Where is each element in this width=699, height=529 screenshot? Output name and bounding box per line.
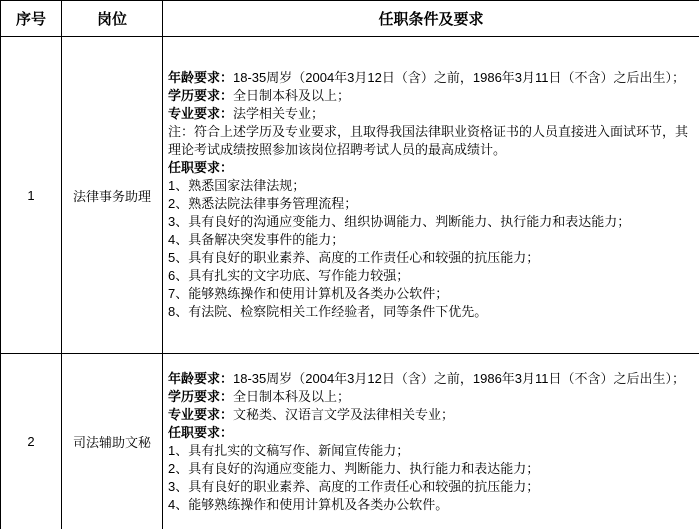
requirement-text: 文秘类、汉语言文学及法律相关专业； <box>233 407 454 422</box>
requirement-line: 注：符合上述学历及专业要求，且取得我国法律职业资格证书的人员直接进入面试环节，其… <box>168 123 691 159</box>
position-name: 法律事务助理 <box>62 37 163 354</box>
requirement-label: 学历要求： <box>168 88 233 103</box>
requirement-text: 6、具有扎实的文字功底、写作能力较强； <box>168 268 409 283</box>
requirement-label: 专业要求： <box>168 407 233 422</box>
requirement-label: 年龄要求： <box>168 70 233 85</box>
requirement-line: 3、具有良好的职业素养、高度的工作责任心和较强的抗压能力； <box>168 478 691 496</box>
requirement-label: 任职要求： <box>168 160 233 175</box>
requirement-text: 2、熟悉法院法律事务管理流程； <box>168 196 357 211</box>
requirement-line: 任职要求： <box>168 424 691 442</box>
requirement-text: 4、具备解决突发事件的能力； <box>168 232 344 247</box>
requirement-text: 1、熟悉国家法律法规； <box>168 178 305 193</box>
requirement-line: 年龄要求：18-35周岁（2004年3月12日（含）之前，1986年3月11日（… <box>168 370 691 388</box>
requirement-line: 3、具有良好的沟通应变能力、组织协调能力、判断能力、执行能力和表达能力； <box>168 213 691 231</box>
requirement-label: 年龄要求： <box>168 371 233 386</box>
requirement-line: 学历要求：全日制本科及以上； <box>168 388 691 406</box>
requirement-line: 4、具备解决突发事件的能力； <box>168 231 691 249</box>
requirement-line: 任职要求： <box>168 159 691 177</box>
requirement-line: 8、有法院、检察院相关工作经验者，同等条件下优先。 <box>168 303 691 321</box>
requirements-cell: 年龄要求：18-35周岁（2004年3月12日（含）之前，1986年3月11日（… <box>163 37 699 354</box>
requirement-line: 7、能够熟练操作和使用计算机及各类办公软件； <box>168 285 691 303</box>
requirements-list: 年龄要求：18-35周岁（2004年3月12日（含）之前，1986年3月11日（… <box>168 69 691 321</box>
requirement-text: 法学相关专业； <box>233 106 324 121</box>
requirement-text: 全日制本科及以上； <box>233 389 350 404</box>
requirement-text: 2、具有良好的沟通应变能力、判断能力、执行能力和表达能力； <box>168 461 539 476</box>
requirement-label: 任职要求： <box>168 425 233 440</box>
requirement-label: 专业要求： <box>168 106 233 121</box>
requirement-text: 注：符合上述学历及专业要求，且取得我国法律职业资格证书的人员直接进入面试环节，其… <box>168 124 688 157</box>
header-cell-position: 岗位 <box>62 1 163 37</box>
table-row: 2 司法辅助文秘 年龄要求：18-35周岁（2004年3月12日（含）之前，19… <box>1 354 699 529</box>
requirement-line: 专业要求：法学相关专业； <box>168 105 691 123</box>
job-requirements-table: 序号 岗位 任职条件及要求 1 法律事务助理 年龄要求：18-35周岁（2004… <box>0 0 699 529</box>
requirements-list: 年龄要求：18-35周岁（2004年3月12日（含）之前，1986年3月11日（… <box>168 370 691 514</box>
requirement-text: 8、有法院、检察院相关工作经验者，同等条件下优先。 <box>168 304 487 319</box>
requirement-line: 1、具有扎实的文稿写作、新闻宣传能力； <box>168 442 691 460</box>
header-row: 序号 岗位 任职条件及要求 <box>1 1 699 37</box>
requirement-line: 2、具有良好的沟通应变能力、判断能力、执行能力和表达能力； <box>168 460 691 478</box>
requirement-line: 年龄要求：18-35周岁（2004年3月12日（含）之前，1986年3月11日（… <box>168 69 691 87</box>
position-name: 司法辅助文秘 <box>62 354 163 529</box>
table-row: 1 法律事务助理 年龄要求：18-35周岁（2004年3月12日（含）之前，19… <box>1 37 699 354</box>
requirement-line: 2、熟悉法院法律事务管理流程； <box>168 195 691 213</box>
requirement-text: 全日制本科及以上； <box>233 88 350 103</box>
requirement-line: 专业要求：文秘类、汉语言文学及法律相关专业； <box>168 406 691 424</box>
requirement-line: 4、能够熟练操作和使用计算机及各类办公软件。 <box>168 496 691 514</box>
requirement-text: 18-35周岁（2004年3月12日（含）之前，1986年3月11日（不含）之后… <box>233 371 685 386</box>
requirement-text: 3、具有良好的职业素养、高度的工作责任心和较强的抗压能力； <box>168 479 539 494</box>
requirements-cell: 年龄要求：18-35周岁（2004年3月12日（含）之前，1986年3月11日（… <box>163 354 699 529</box>
requirement-text: 5、具有良好的职业素养、高度的工作责任心和较强的抗压能力； <box>168 250 539 265</box>
header-cell-requirements: 任职条件及要求 <box>163 1 699 37</box>
requirement-text: 4、能够熟练操作和使用计算机及各类办公软件。 <box>168 497 448 512</box>
row-number: 2 <box>1 354 62 529</box>
requirement-line: 6、具有扎实的文字功底、写作能力较强； <box>168 267 691 285</box>
page: 序号 岗位 任职条件及要求 1 法律事务助理 年龄要求：18-35周岁（2004… <box>0 0 699 529</box>
requirement-text: 18-35周岁（2004年3月12日（含）之前，1986年3月11日（不含）之后… <box>233 70 685 85</box>
requirement-text: 3、具有良好的沟通应变能力、组织协调能力、判断能力、执行能力和表达能力； <box>168 214 630 229</box>
requirement-text: 1、具有扎实的文稿写作、新闻宣传能力； <box>168 443 409 458</box>
header-cell-number: 序号 <box>1 1 62 37</box>
requirement-line: 学历要求：全日制本科及以上； <box>168 87 691 105</box>
requirement-label: 学历要求： <box>168 389 233 404</box>
row-number: 1 <box>1 37 62 354</box>
requirement-line: 1、熟悉国家法律法规； <box>168 177 691 195</box>
requirement-text: 7、能够熟练操作和使用计算机及各类办公软件； <box>168 286 448 301</box>
requirement-line: 5、具有良好的职业素养、高度的工作责任心和较强的抗压能力； <box>168 249 691 267</box>
